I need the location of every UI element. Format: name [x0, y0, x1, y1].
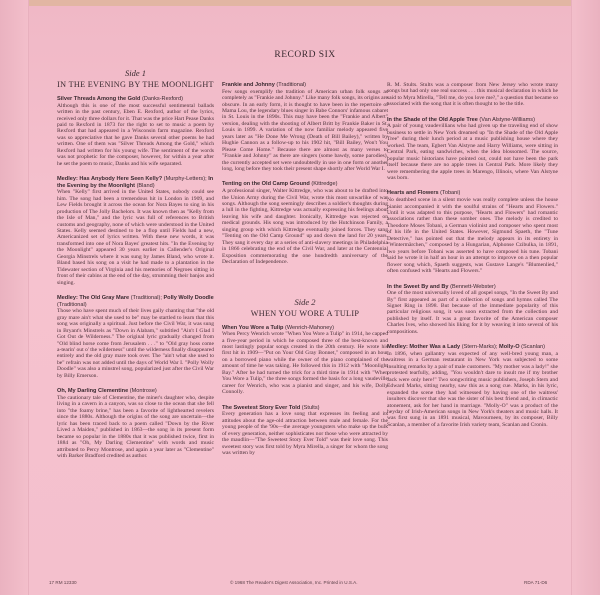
song-entry: Medley: Has Anybody Here Seen Kelly? (Mu…	[57, 176, 214, 286]
column-3-spacer	[387, 68, 558, 82]
song-heading: Medley: Mother Was a Lady (Stern-Marks);…	[387, 344, 558, 351]
song-description: When Percy Wenrich wrote "When You Wore …	[222, 331, 388, 396]
column-3: R. M. Stults. Stults was a composer from…	[387, 68, 558, 437]
song-credit: (Danks-Rexford)	[142, 96, 183, 102]
song-title: Silver Threads Among the Gold	[57, 96, 140, 102]
song-credit: (Van Alstyne-Williams)	[479, 117, 535, 123]
song-description: The cautionary tale of Clementine, the m…	[57, 395, 214, 460]
song-credit: (Bland)	[137, 183, 155, 189]
song-title: Medley: Mother Was a Lady	[387, 344, 460, 350]
song-credit: (Murphy-Letters);	[164, 176, 207, 182]
song-entry: Oh, My Darling Clementine (Montrose) The…	[57, 388, 214, 459]
song-credit: (Tobani)	[440, 190, 460, 196]
record-sleeve-page: RECORD SIX Side 1 IN THE EVENING BY THE …	[0, 0, 600, 595]
song-entry: R. M. Stults. Stults was a composer from…	[387, 82, 558, 108]
song-title: Medley: Has Anybody Here Seen Kelly?	[57, 176, 162, 182]
song-description: In 1896, when gallantry was expected of …	[387, 351, 558, 428]
sleeve-left-edge	[0, 0, 29, 595]
song-credit: (Traditional);	[131, 295, 162, 301]
song-entry: In the Sweet By and By (Bennett-Webster)…	[387, 284, 558, 336]
song-title: Oh, My Darling Clementine	[57, 388, 128, 394]
song-heading: Medley: The Old Gray Mare (Traditional);…	[57, 295, 214, 308]
song-title: Polly Wolly Doodle	[163, 295, 213, 301]
sleeve-top-edge	[0, 0, 600, 6]
song-entry: In the Shade of the Old Apple Tree (Van …	[387, 117, 558, 182]
song-credit: (Scanlan)	[521, 344, 545, 350]
song-credit: (Bennett-Webster)	[450, 284, 496, 290]
print-code: RDA 71-D6	[524, 580, 547, 585]
song-title: Tenting on the Old Camp Ground	[222, 181, 310, 187]
song-credit: (Montrose)	[130, 388, 157, 394]
song-title: Medley: The Old Gray Mare	[57, 295, 129, 301]
side-2-spacer	[222, 275, 388, 297]
song-entry: Tenting on the Old Camp Ground (Kittredg…	[222, 181, 388, 265]
song-description: A professional singer, Walter Kittredge,…	[222, 188, 388, 265]
song-heading: Oh, My Darling Clementine (Montrose)	[57, 388, 214, 395]
column-2: Frankie and Johnny (Traditional) Few son…	[222, 68, 388, 465]
song-title: The Sweetest Story Ever Told	[222, 405, 300, 411]
song-description: When "Kelly" first arrived in the United…	[57, 189, 214, 286]
song-description: R. M. Stults. Stults was a composer from…	[387, 82, 558, 108]
song-heading: When You Wore a Tulip (Wenrich-Mahoney)	[222, 325, 388, 332]
sleeve-right-edge	[571, 0, 600, 595]
column-1: Side 1 IN THE EVENING BY THE MOONLIGHT S…	[57, 68, 214, 468]
song-credit: (Stern-Marks);	[462, 344, 498, 350]
song-heading: Silver Threads Among the Gold (Danks-Rex…	[57, 96, 214, 103]
side-2-entries: When You Wore a Tulip (Wenrich-Mahoney) …	[222, 325, 388, 457]
catalog-number: 17 RM 12330	[49, 580, 77, 585]
song-description: No deathbed scene in a silent movie was …	[387, 197, 558, 274]
song-entry: Hearts and Flowers (Tobani) No deathbed …	[387, 190, 558, 274]
song-credit: (Kittredge)	[311, 181, 337, 187]
song-description: A pair of young vaudevillians who had gi…	[387, 123, 558, 181]
song-entry: Medley: Mother Was a Lady (Stern-Marks);…	[387, 344, 558, 428]
song-title: Frankie and Johnny	[222, 82, 275, 88]
side-2-title: WHEN YOU WORE A TULIP	[222, 309, 388, 319]
side-1-label: Side 1	[57, 68, 214, 78]
song-credit: (Wenrich-Mahoney)	[285, 325, 334, 331]
side-1-title: IN THE EVENING BY THE MOONLIGHT	[57, 80, 214, 90]
side-2-label: Side 2	[222, 297, 388, 307]
song-credit: (Traditional)	[57, 302, 87, 308]
song-title: In the Sweet By and By	[387, 284, 449, 290]
song-credit: (Traditional)	[276, 82, 306, 88]
song-entry: Silver Threads Among the Gold (Danks-Rex…	[57, 96, 214, 167]
song-title: When You Wore a Tulip	[222, 325, 283, 331]
song-entry: Medley: The Old Gray Mare (Traditional);…	[57, 295, 214, 379]
song-entry: Frankie and Johnny (Traditional) Few son…	[222, 82, 388, 172]
song-entry: When You Wore a Tulip (Wenrich-Mahoney) …	[222, 325, 388, 396]
song-heading: Frankie and Johnny (Traditional)	[222, 82, 388, 89]
song-credit: (Stults)	[302, 405, 320, 411]
song-title: Molly-O	[499, 344, 520, 350]
column-2-entries: Frankie and Johnny (Traditional) Few son…	[222, 82, 388, 266]
column-2-spacer	[222, 68, 388, 82]
song-description: Although this is one of the most success…	[57, 103, 214, 168]
record-title: RECORD SIX	[222, 50, 388, 60]
song-heading: Hearts and Flowers (Tobani)	[387, 190, 558, 197]
side-1-entries: Silver Threads Among the Gold (Danks-Rex…	[57, 96, 214, 459]
song-title: In the Shade of the Old Apple Tree	[387, 117, 478, 123]
song-description: Those who have spent much of their lives…	[57, 308, 214, 379]
song-title: Hearts and Flowers	[387, 190, 439, 196]
song-description: One of the most universally loved of all…	[387, 290, 558, 335]
song-description: Few songs exemplify the tradition of Ame…	[222, 89, 388, 173]
song-heading: Medley: Has Anybody Here Seen Kelly? (Mu…	[57, 176, 214, 189]
column-3-entries: R. M. Stults. Stults was a composer from…	[387, 82, 558, 428]
song-entry: The Sweetest Story Ever Told (Stults) Ev…	[222, 405, 388, 457]
copyright-notice: © 1968 The Reader's Digest Association, …	[230, 580, 358, 585]
song-description: Every generation has a love song that ex…	[222, 411, 388, 456]
